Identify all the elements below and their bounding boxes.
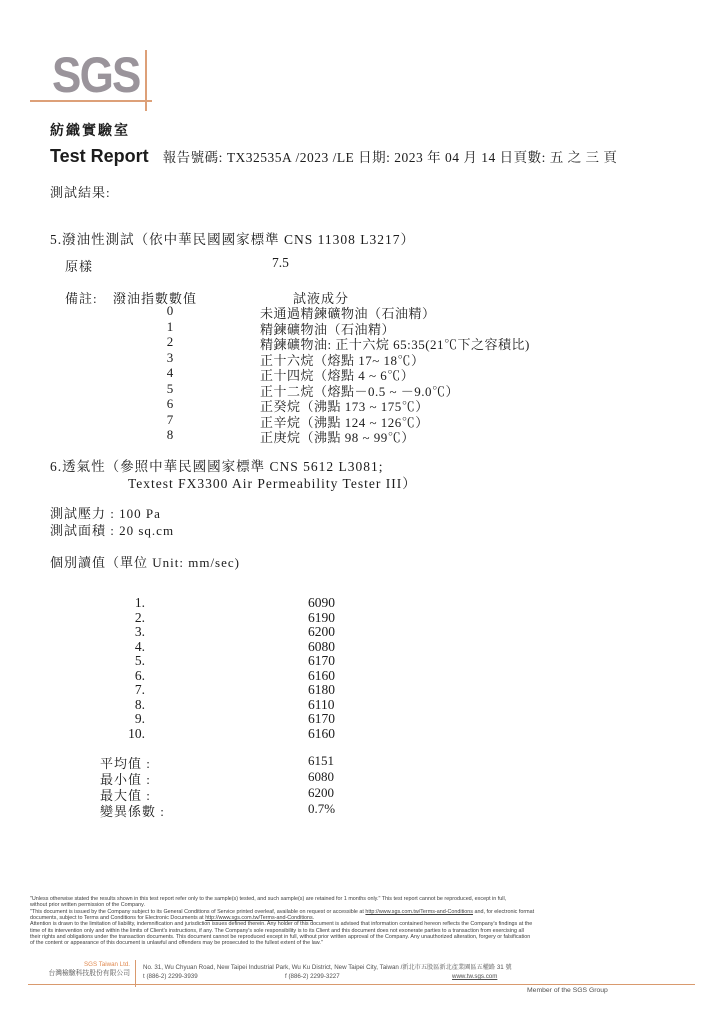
stat-value: 6200 bbox=[308, 785, 334, 801]
disclaimer-segment: . bbox=[313, 915, 315, 921]
reading-value: 6160 bbox=[308, 726, 335, 742]
disclaimer-segment: documents, subject to Terms and Conditio… bbox=[30, 915, 205, 921]
stat-value: 6080 bbox=[308, 769, 334, 785]
company-website-link[interactable]: www.tw.sgs.com bbox=[452, 973, 497, 980]
oil-index: 6 bbox=[120, 396, 220, 412]
terms-link[interactable]: http://www.sgs.com.tw/Terms-and-Conditio… bbox=[365, 909, 473, 915]
company-name-zh: 台灣檢驗科技股份有限公司 bbox=[28, 969, 130, 978]
table-row: 2精鍊礦物油: 正十六烷 65:35(21℃下之容積比) bbox=[0, 334, 724, 350]
stat-row: 最小值 :6080 bbox=[0, 769, 724, 785]
stat-row: 最大值 :6200 bbox=[0, 785, 724, 801]
test-report-page: SGS 紡織實驗室 Test Report報告號碼: TX32535A /202… bbox=[0, 0, 724, 1024]
oil-index: 7 bbox=[120, 412, 220, 428]
disclaimer-text: "Unless otherwise stated the results sho… bbox=[30, 896, 696, 947]
test-area: 測試面積 : 20 sq.cm bbox=[50, 520, 174, 539]
sgs-group-membership: Member of the SGS Group bbox=[527, 987, 608, 994]
section6-title-line2: Textest FX3300 Air Permeability Tester I… bbox=[128, 472, 417, 492]
reading-no: 10. bbox=[90, 726, 145, 742]
lab-name: 紡織實驗室 bbox=[50, 120, 130, 140]
company-fax: f (886-2) 2299-3227 bbox=[285, 973, 340, 980]
stat-row: 平均值 :6151 bbox=[0, 753, 724, 769]
report-header-line: Test Report報告號碼: TX32535A /2023 /LE 日期: … bbox=[50, 146, 617, 167]
list-item: 10.6160 bbox=[0, 726, 724, 741]
footer-horizontal-rule bbox=[28, 984, 695, 985]
sample-label: 原樣 bbox=[65, 256, 93, 275]
sample-value: 7.5 bbox=[272, 255, 289, 271]
oil-index: 4 bbox=[120, 365, 220, 381]
company-block: SGS Taiwan Ltd. 台灣檢驗科技股份有限公司 bbox=[28, 961, 130, 978]
oil-index: 2 bbox=[120, 334, 220, 350]
stat-value: 6151 bbox=[308, 753, 334, 769]
logo-horizontal-line bbox=[30, 100, 152, 102]
stat-label: 變異係數 : bbox=[100, 801, 165, 820]
stat-row: 變異係數 :0.7% bbox=[0, 801, 724, 817]
table-row: 1精鍊礦物油（石油精） bbox=[0, 319, 724, 335]
company-address: No. 31, Wu Chyuan Road, New Taipei Indus… bbox=[143, 962, 512, 971]
oil-index: 8 bbox=[120, 427, 220, 443]
stat-value: 0.7% bbox=[308, 801, 335, 817]
list-item: 6.6160 bbox=[0, 668, 724, 683]
footer-vertical-divider bbox=[135, 960, 136, 987]
list-item: 8.6110 bbox=[0, 697, 724, 712]
section5-title: 5.潑油性測試（依中華民國國家標準 CNS 11308 L3217） bbox=[50, 228, 415, 248]
oil-index: 5 bbox=[120, 381, 220, 397]
table-row: 7正辛烷（沸點 124 ~ 126℃） bbox=[0, 412, 724, 428]
statistics-table: 平均值 :6151 最小值 :6080 最大值 :6200 變異係數 :0.7% bbox=[0, 753, 724, 817]
terms-link[interactable]: http://www.sgs.com.tw/Terms-and-Conditio… bbox=[205, 915, 313, 921]
list-item: 4.6080 bbox=[0, 639, 724, 654]
table-row: 8正庚烷（沸點 98 ~ 99℃） bbox=[0, 427, 724, 443]
company-phone: t (886-2) 2299-3939 bbox=[143, 973, 198, 980]
table-row: 3正十六烷（熔點 17~ 18℃） bbox=[0, 350, 724, 366]
list-item: 3.6200 bbox=[0, 624, 724, 639]
company-name-en: SGS Taiwan Ltd. bbox=[28, 961, 130, 969]
disclaimer-segment: "This document is issued by the Company … bbox=[30, 909, 365, 915]
oil-index: 0 bbox=[120, 303, 220, 319]
list-item: 5.6170 bbox=[0, 653, 724, 668]
table-row: 4正十四烷（熔點 4 ~ 6℃） bbox=[0, 365, 724, 381]
logo-vertical-line bbox=[145, 50, 147, 111]
oil-repellency-table: 0未通過精鍊礦物油（石油精） 1精鍊礦物油（石油精） 2精鍊礦物油: 正十六烷 … bbox=[0, 303, 724, 443]
sgs-logo: SGS bbox=[52, 50, 140, 100]
readings-table: 1.6090 2.6190 3.6200 4.6080 5.6170 6.616… bbox=[0, 595, 724, 740]
report-meta: 報告號碼: TX32535A /2023 /LE 日期: 2023 年 04 月… bbox=[163, 150, 618, 165]
oil-index: 3 bbox=[120, 350, 220, 366]
list-item: 9.6170 bbox=[0, 711, 724, 726]
list-item: 2.6190 bbox=[0, 610, 724, 625]
table-row: 0未通過精鍊礦物油（石油精） bbox=[0, 303, 724, 319]
readings-label: 個別讀值（單位 Unit: mm/sec) bbox=[50, 552, 240, 571]
oil-index: 1 bbox=[120, 319, 220, 335]
table-row: 6正癸烷（沸點 173 ~ 175℃） bbox=[0, 396, 724, 412]
oil-composition: 正庚烷（沸點 98 ~ 99℃） bbox=[260, 427, 415, 446]
disclaimer-segment: and, for electronic format bbox=[473, 909, 534, 915]
list-item: 1.6090 bbox=[0, 595, 724, 610]
results-label: 測試結果: bbox=[50, 182, 111, 201]
disclaimer-line: of the content or appearance of this doc… bbox=[30, 940, 696, 946]
table-row: 5正十二烷（熔點－0.5 ~ －9.0℃） bbox=[0, 381, 724, 397]
report-title: Test Report bbox=[50, 146, 149, 166]
list-item: 7.6180 bbox=[0, 682, 724, 697]
